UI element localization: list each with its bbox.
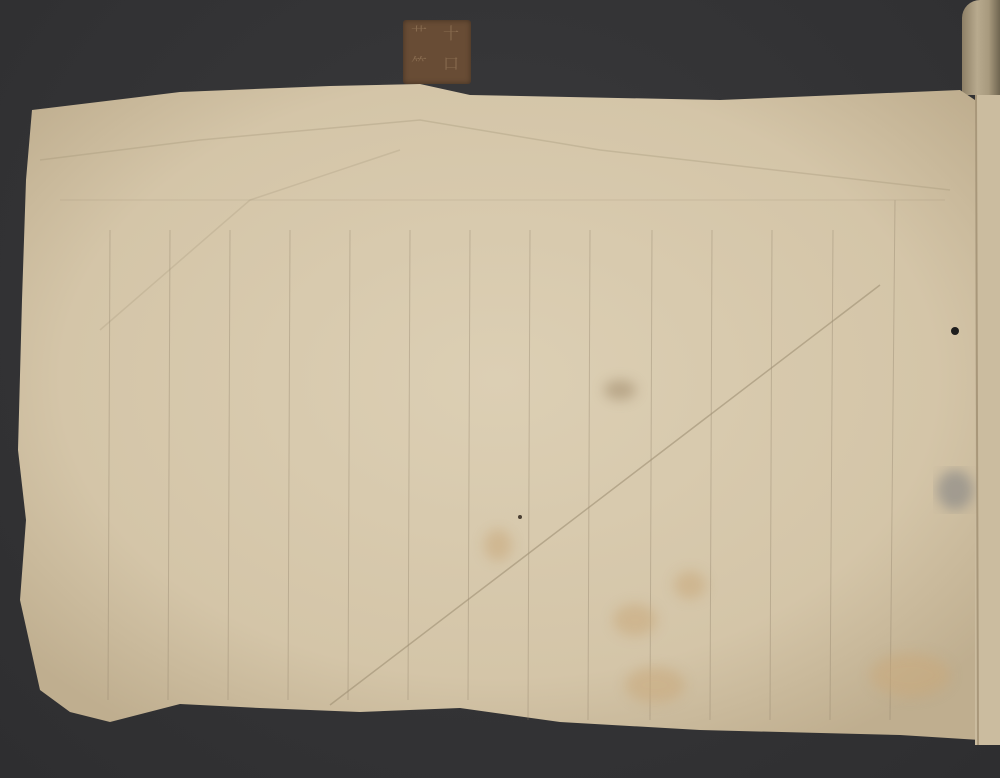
wormhole [951,327,959,335]
seal-glyph: 口 [443,56,459,72]
seal-glyph: ⺾ [411,26,427,42]
seal-stamp: ⺾ 十 ⺮ 口 [403,20,471,84]
seal-glyph: ⺮ [411,56,427,72]
seal-glyph: 十 [443,26,459,42]
paper-page [0,0,1000,778]
page-outline [18,84,980,740]
